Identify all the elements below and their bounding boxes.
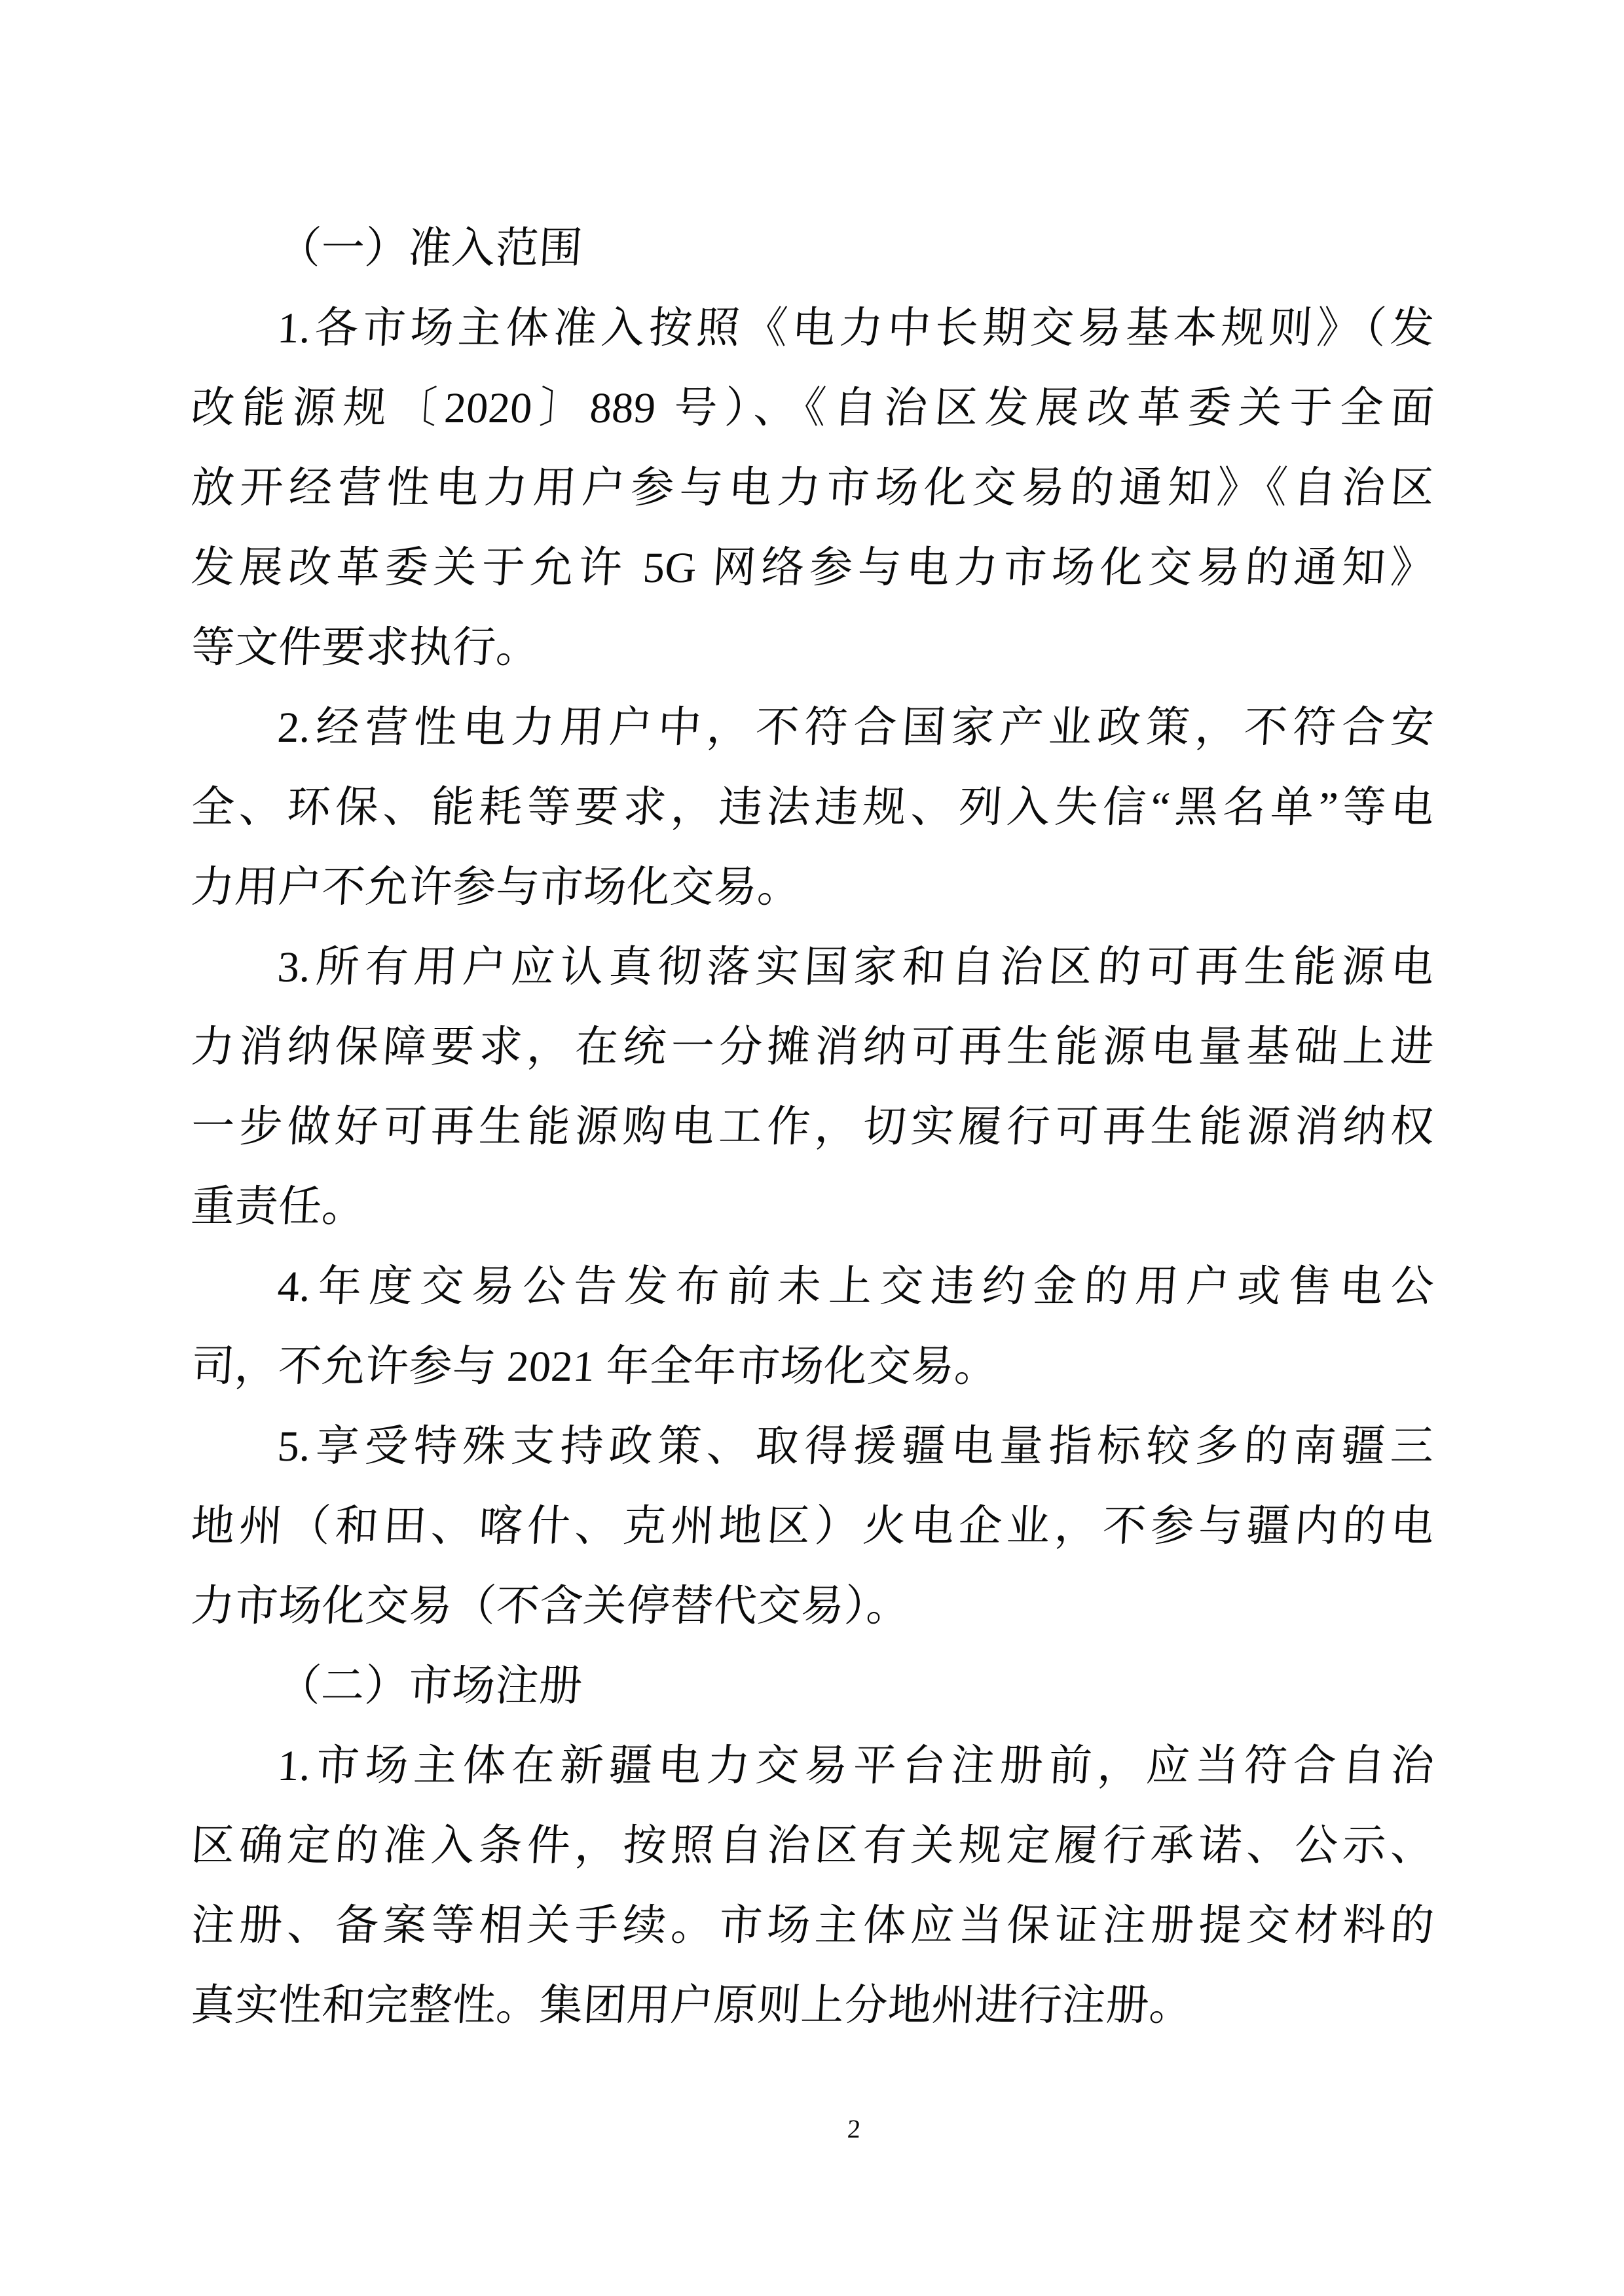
text-line: 1.各市场主体准入按照《电力中长期交易基本规则》（发: [189, 289, 1436, 369]
text-line: 发展改革委关于允许 5G 网络参与电力市场化交易的通知》: [189, 528, 1436, 608]
text-line: 司，不允许参与 2021 年全年市场化交易。: [189, 1327, 1436, 1407]
page-number: 2: [847, 2116, 861, 2142]
text-line: 力消纳保障要求，在统一分摊消纳可再生能源电量基础上进: [189, 1008, 1436, 1087]
text-line: 3.所有用户应认真彻落实国家和自治区的可再生能源电: [189, 928, 1436, 1008]
text-line: 改能源规〔2020〕889 号）、《自治区发展改革委关于全面: [189, 369, 1436, 448]
text-line: 区确定的准入条件，按照自治区有关规定履行承诺、公示、: [189, 1806, 1436, 1886]
text-line: 重责任。: [189, 1167, 1436, 1247]
text-line: 一步做好可再生能源购电工作，切实履行可再生能源消纳权: [189, 1087, 1436, 1167]
text-line: 2.经营性电力用户中，不符合国家产业政策，不符合安: [189, 688, 1436, 768]
section-heading-1: （一）准入范围: [189, 209, 1436, 289]
text-line: 全、环保、能耗等要求，违法违规、列入失信“黑名单”等电: [189, 768, 1436, 848]
text-line: 4.年度交易公告发布前未上交违约金的用户或售电公: [189, 1247, 1436, 1327]
text-line: 放开经营性电力用户参与电力市场化交易的通知》《自治区: [189, 448, 1436, 528]
text-line: 等文件要求执行。: [189, 608, 1436, 688]
document-page: （一）准入范围 1.各市场主体准入按照《电力中长期交易基本规则》（发 改能源规〔…: [0, 0, 1624, 2296]
text-line: 真实性和完整性。集团用户原则上分地州进行注册。: [189, 1966, 1436, 2046]
text-line: 注册、备案等相关手续。市场主体应当保证注册提交材料的: [189, 1886, 1436, 1966]
text-line: 5.享受特殊支持政策、取得援疆电量指标较多的南疆三: [189, 1407, 1436, 1487]
text-line: 力市场化交易（不含关停替代交易）。: [189, 1567, 1436, 1647]
text-line: 1.市场主体在新疆电力交易平台注册前，应当符合自治: [189, 1726, 1436, 1806]
text-line: 地州（和田、喀什、克州地区）火电企业，不参与疆内的电: [189, 1487, 1436, 1567]
text-line: 力用户不允许参与市场化交易。: [189, 848, 1436, 928]
section-heading-2: （二）市场注册: [189, 1647, 1436, 1726]
document-body: （一）准入范围 1.各市场主体准入按照《电力中长期交易基本规则》（发 改能源规〔…: [191, 209, 1434, 2046]
